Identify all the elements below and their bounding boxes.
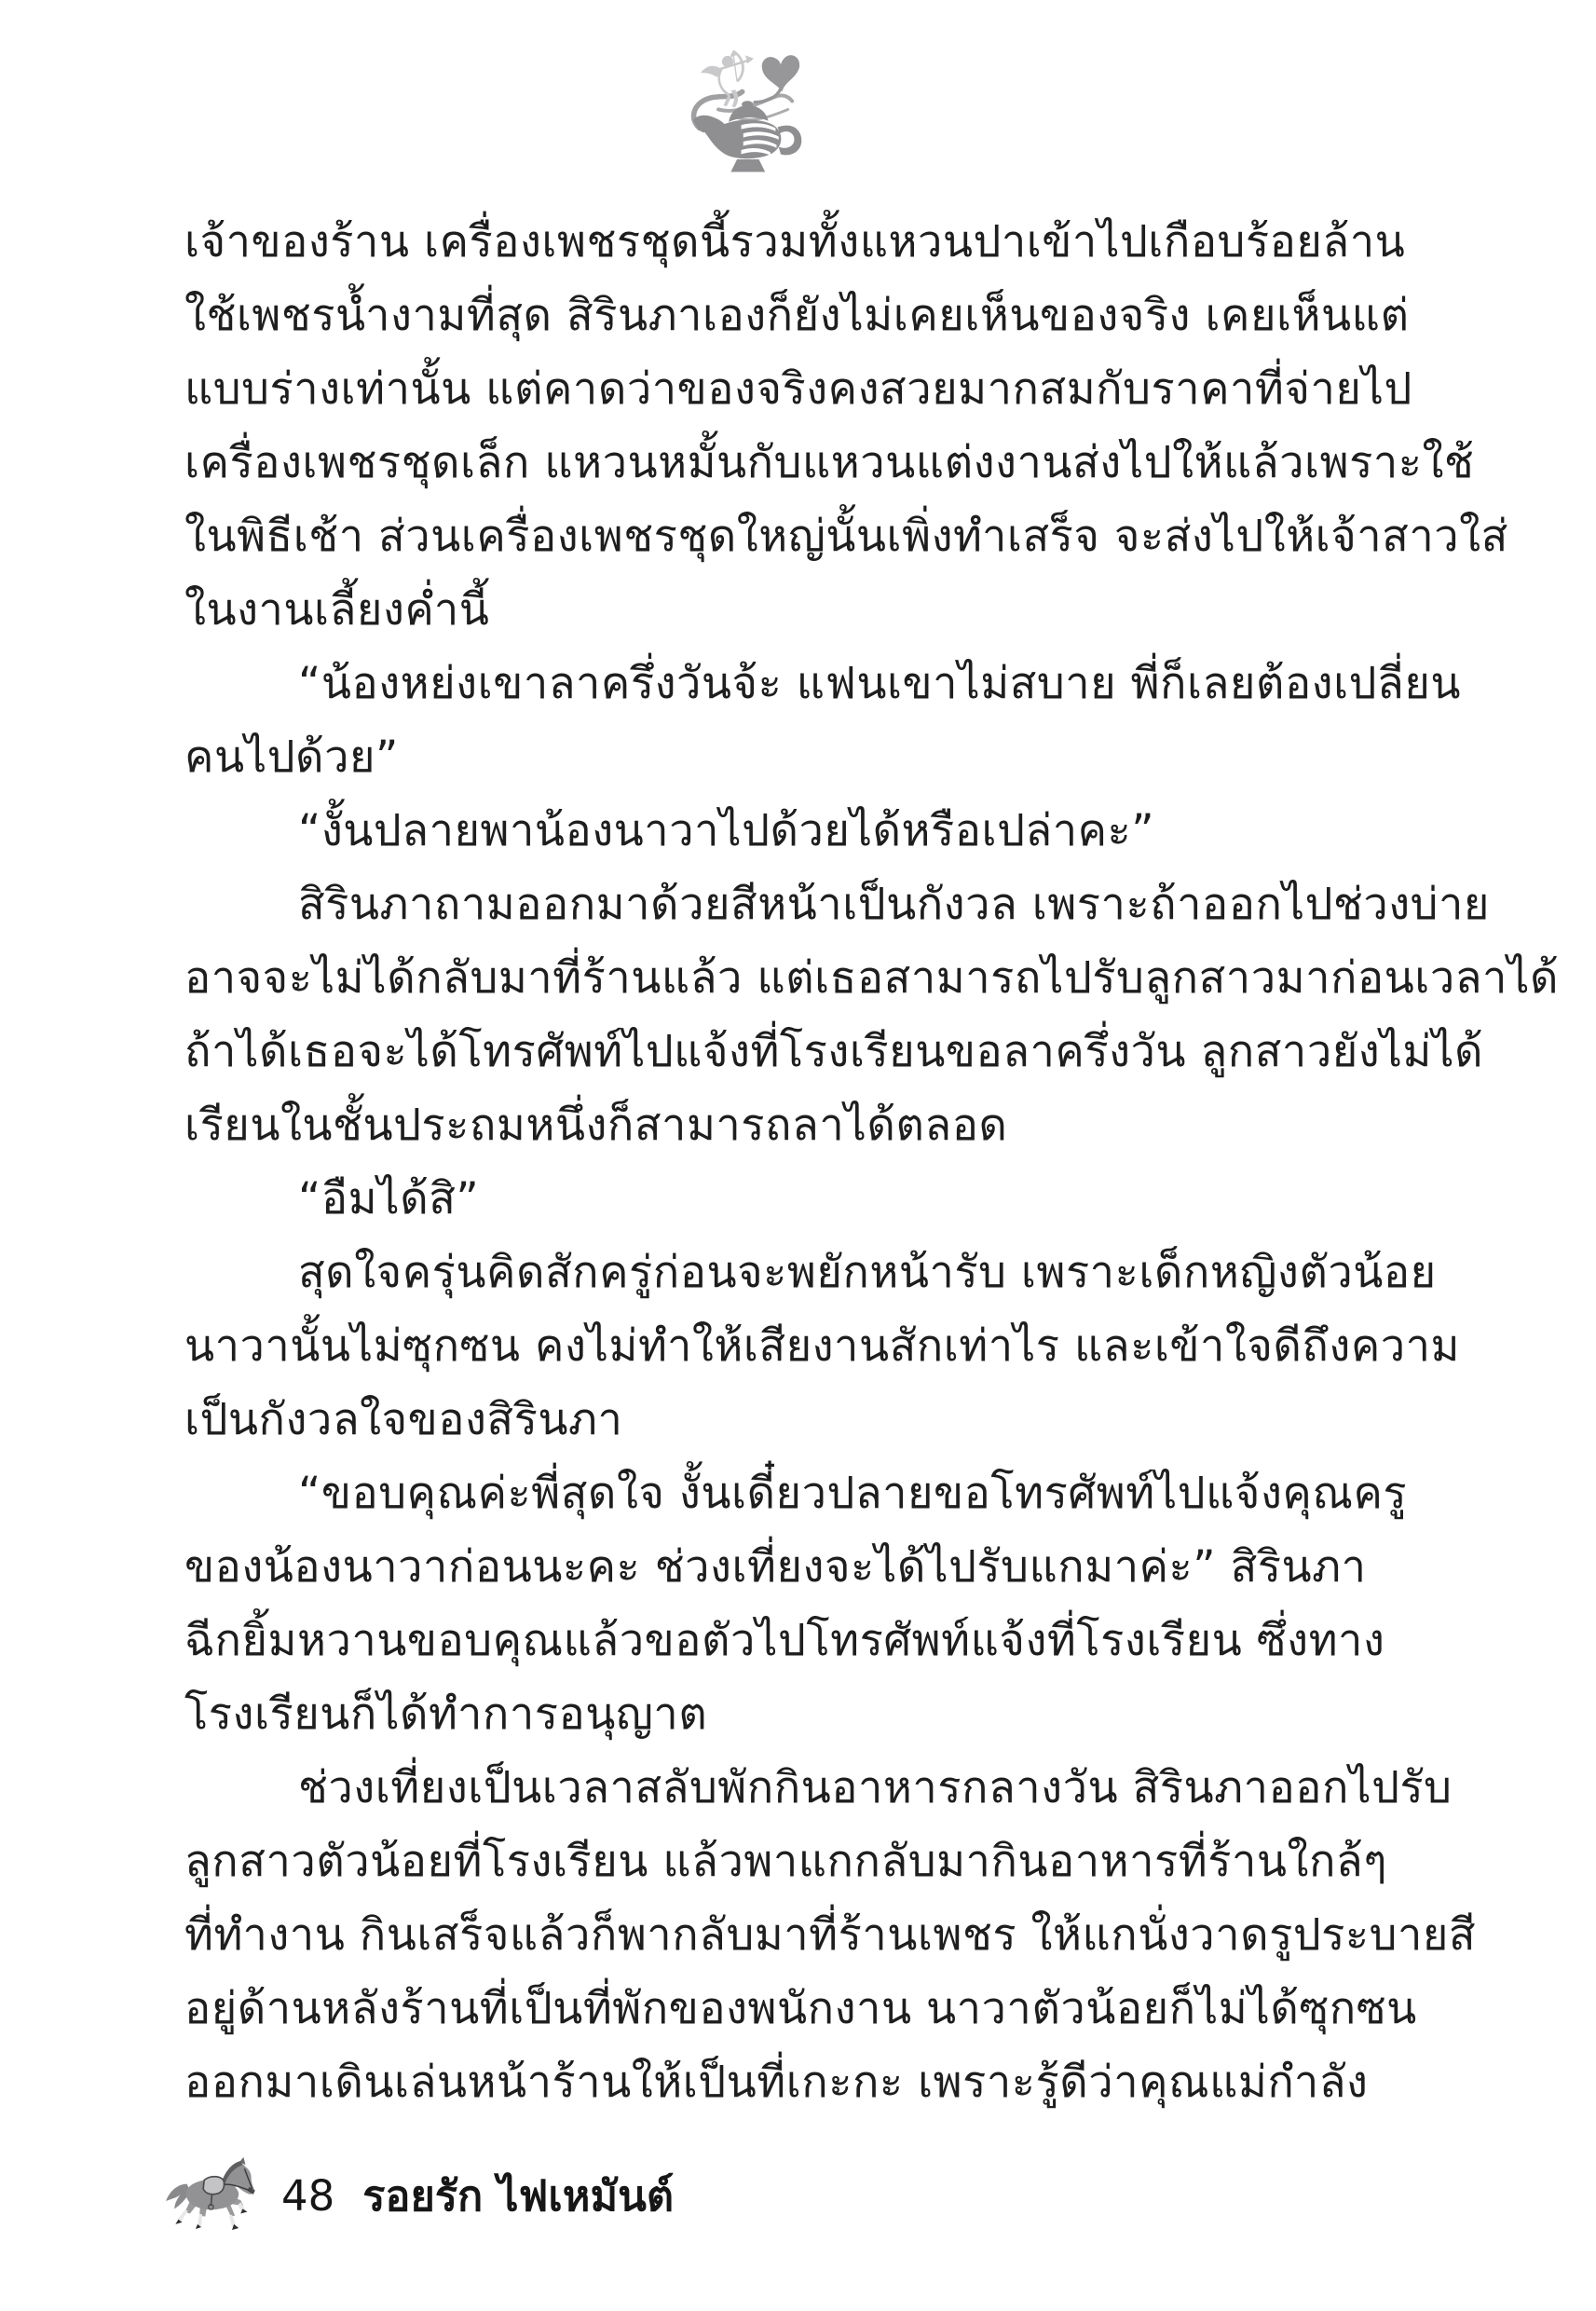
text-line: “งั้นปลายพาน้องนาวาไปด้วยได้หรือเปล่าคะ”	[184, 794, 1330, 868]
horse-icon	[164, 2156, 265, 2235]
text-line: เรียนในชั้นประถมหนึ่งก็สามารถลาได้ตลอด	[184, 1088, 1330, 1162]
text-line: ของน้องนาวาก่อนนะคะ ช่วงเที่ยงจะได้ไปรับ…	[184, 1530, 1330, 1604]
text-line: เป็นกังวลใจของสิรินภา	[184, 1383, 1330, 1456]
text-line: แบบร่างเท่านั้น แต่คาดว่าของจริงคงสวยมาก…	[184, 352, 1330, 426]
genie-lamp-icon	[683, 45, 808, 175]
text-line: “ขอบคุณค่ะพี่สุดใจ งั้นเดี๋ยวปลายขอโทรศั…	[184, 1456, 1330, 1530]
text-line: สิรินภาถามออกมาด้วยสีหน้าเป็นกังวล เพราะ…	[184, 868, 1330, 941]
heart-icon	[755, 55, 799, 102]
text-line: ที่ทำงาน กินเสร็จแล้วก็พากลับมาที่ร้านเพ…	[184, 1898, 1330, 1972]
text-line: โรงเรียนก็ได้ทำการอนุญาต	[184, 1677, 1330, 1751]
text-line: เครื่องเพชรชุดเล็ก แหวนหมั้นกับแหวนแต่งง…	[184, 426, 1330, 499]
text-line: ฉีกยิ้มหวานขอบคุณแล้วขอตัวไปโทรศัพท์แจ้ง…	[184, 1604, 1330, 1677]
text-line: ลูกสาวตัวน้อยที่โรงเรียน แล้วพาแกกลับมาก…	[184, 1825, 1330, 1898]
text-line: อยู่ด้านหลังร้านที่เป็นที่พักของพนักงาน …	[184, 1972, 1330, 2045]
book-title: รอยรัก ไฟเหมันต์	[362, 2162, 674, 2229]
text-line: เจ้าของร้าน เครื่องเพชรชุดนี้รวมทั้งแหวน…	[184, 205, 1330, 279]
book-page: เจ้าของร้าน เครื่องเพชรชุดนี้รวมทั้งแหวน…	[0, 0, 1596, 2311]
page-footer: 48 รอยรัก ไฟเหมันต์	[164, 2153, 674, 2238]
text-line: ช่วงเที่ยงเป็นเวลาสลับพักกินอาหารกลางวัน…	[184, 1751, 1330, 1825]
text-line: “น้องหย่งเขาลาครึ่งวันจ้ะ แฟนเขาไม่สบาย …	[184, 647, 1330, 720]
text-line: ใช้เพชรน้ำงามที่สุด สิรินภาเองก็ยังไม่เค…	[184, 279, 1330, 352]
text-line: คนไปด้วย”	[184, 720, 1330, 794]
text-line: นาวานั้นไม่ซุกซน คงไม่ทำให้เสียงานสักเท่…	[184, 1309, 1330, 1383]
page-number: 48	[281, 2171, 334, 2221]
text-line: ออกมาเดินเล่นหน้าร้านให้เป็นที่เกะกะ เพร…	[184, 2045, 1330, 2119]
text-line: สุดใจครุ่นคิดสักครู่ก่อนจะพยักหน้ารับ เพ…	[184, 1236, 1330, 1309]
text-line: ในงานเลี้ยงค่ำนี้	[184, 573, 1330, 647]
page-text: เจ้าของร้าน เครื่องเพชรชุดนี้รวมทั้งแหวน…	[184, 205, 1330, 2119]
text-line: ถ้าได้เธอจะได้โทรศัพท์ไปแจ้งที่โรงเรียนข…	[184, 1015, 1330, 1088]
text-line: อาจจะไม่ได้กลับมาที่ร้านแล้ว แต่เธอสามาร…	[184, 941, 1330, 1015]
text-line: ในพิธีเช้า ส่วนเครื่องเพชรชุดใหญ่นั้นเพิ…	[184, 499, 1330, 573]
text-line: “อืมได้สิ”	[184, 1162, 1330, 1236]
genie-lamp-cupid-ornament	[683, 45, 808, 175]
